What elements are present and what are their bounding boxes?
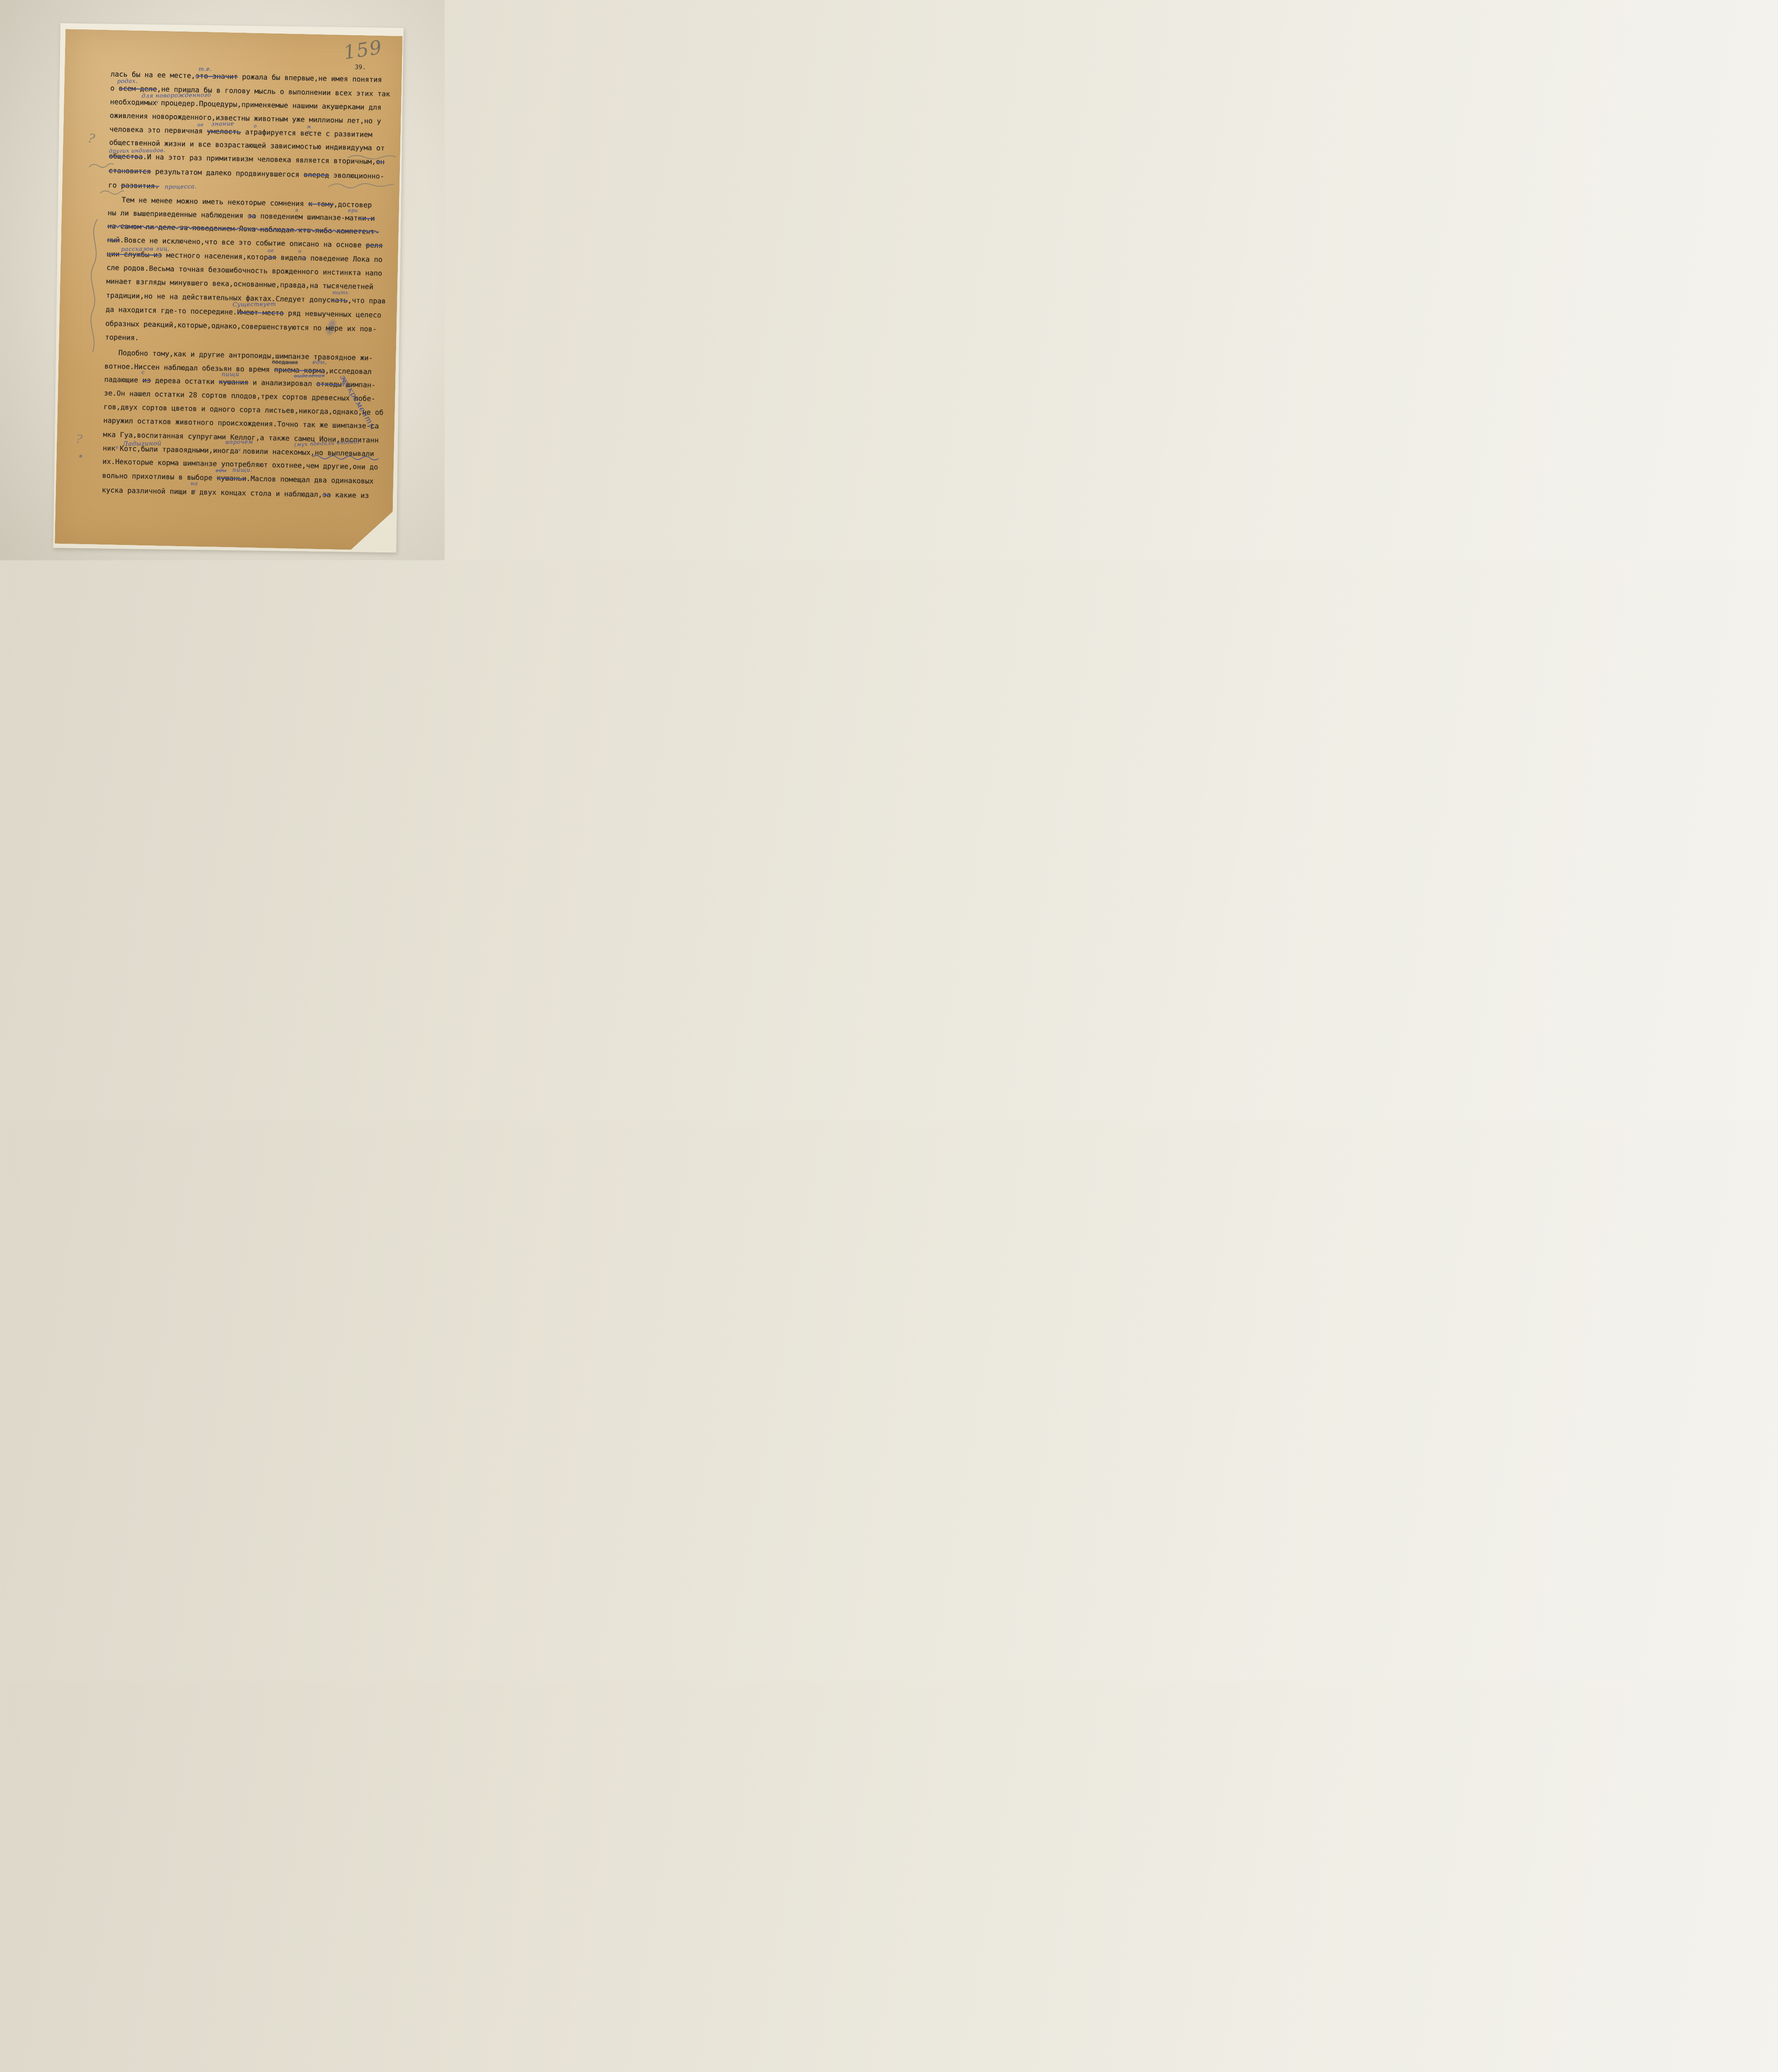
- struck-text: Имеют место: [237, 308, 284, 317]
- insertion-caret: ∨: [238, 446, 241, 454]
- handwritten-correction: пищи.: [232, 466, 252, 474]
- struck-text: отходы: [316, 380, 342, 389]
- typed-line: торения.: [105, 333, 139, 342]
- handwritten-correction: процесса.: [164, 182, 197, 191]
- typed-text: поведение Лока по: [306, 254, 382, 264]
- typed-line: общественной жизни и все возрастающей за…: [109, 138, 385, 152]
- hand-wavy-underline: [312, 455, 378, 461]
- margin-question-mark: ?: [75, 432, 83, 446]
- margin-letter-note: в: [79, 453, 82, 459]
- typed-line: го развития. процесса.: [108, 181, 159, 191]
- handwritten-correction: на: [191, 480, 198, 488]
- handwritten-correction: тить: [332, 288, 348, 297]
- typed-line: сле родов.Весьма точная безошибочность в…: [106, 264, 382, 278]
- struck-text: на самом ли деле за поведением Лока набл…: [107, 222, 379, 236]
- struck-text: кать: [331, 296, 348, 305]
- typed-text: оживления новорожденного,известны животн…: [109, 111, 381, 126]
- struck-text: развития.: [121, 182, 160, 191]
- typed-line: да находится где-то посередине.Имеют мес…: [106, 305, 382, 320]
- page-number-typed: 39.: [355, 63, 366, 71]
- typed-text: традиции,но не на действительных фактах.…: [106, 291, 331, 304]
- typed-line: Тем не менее можно иметь некоторые сомне…: [121, 196, 372, 210]
- typed-line: куска различной пищи в двух концах стола…: [102, 486, 369, 500]
- struck-text: становится: [109, 167, 151, 176]
- typed-line: вольно прихотливы в выборе кушаньи.Масло…: [102, 472, 373, 486]
- handwritten-correction: еды,: [312, 358, 327, 366]
- handwritten-correction: о: [254, 122, 257, 130]
- handwritten-correction: впрочем: [225, 438, 253, 447]
- typed-text: падающие: [104, 375, 143, 385]
- struck-text: к тому: [308, 200, 334, 208]
- typed-line: необходимых процедер.Процедуры,применяем…: [110, 98, 381, 112]
- handwritten-correction: для новорожденного: [142, 91, 211, 100]
- scanned-document-photo: { "colors":{"paper":"#cda468","typed_ink…: [0, 0, 445, 560]
- struck-text: умелость: [207, 127, 241, 136]
- handwritten-correction: знание: [211, 120, 234, 128]
- typed-line: падающие из дерева остатки кушания и ана…: [104, 375, 375, 390]
- typed-text: вольно прихотливы в выборе: [102, 472, 217, 482]
- handwritten-correction: ое: [197, 121, 204, 129]
- handwritten-parenthesis: (: [342, 378, 346, 387]
- insertion-caret: ∨: [115, 443, 119, 452]
- typed-text: .И на этот раз примитивизм человека явля…: [143, 153, 376, 166]
- margin-question-mark: ?: [87, 131, 96, 146]
- typed-line: оживления новорожденного,известны животн…: [109, 111, 381, 126]
- struck-text: за: [322, 491, 331, 499]
- struck-text: он: [376, 158, 385, 166]
- struck-text: кушания: [218, 378, 248, 387]
- typed-text: результатом далеко продвинувшегося: [151, 167, 304, 179]
- typed-text: поведением шимпанзе-мат: [256, 212, 358, 223]
- typed-text: ряд невыученных целесо: [283, 309, 381, 320]
- typed-text: двух концах стола и наблюдал,: [195, 488, 322, 499]
- handwritten-correction: с: [142, 368, 145, 377]
- struck-text: из: [142, 376, 151, 385]
- typed-text: человека это первичная: [109, 125, 207, 136]
- struck-text: общества: [109, 152, 143, 161]
- handwritten-correction: пищи: [221, 370, 239, 379]
- typed-text: наружил остатков животного происхождения…: [103, 416, 379, 431]
- typed-line: Подобно тому,как и другие антропоиды,шим…: [118, 349, 373, 363]
- typed-text: ны ли вышеприведенные наблюдения: [108, 209, 248, 220]
- typed-text: торения.: [105, 333, 139, 342]
- struck-text: ции службы из: [106, 250, 162, 259]
- typed-text: сле родов.Весьма точная безошибочность в…: [106, 264, 382, 278]
- typed-text: зе.Он нашел остатки 28 сортов плодов,тре…: [104, 389, 375, 403]
- typed-line: лась бы на ее месте,это значит рожала бы…: [111, 70, 382, 84]
- handwritten-correction: родах.: [117, 77, 138, 86]
- typed-text: .Маслов помещал два одинаковых: [246, 474, 373, 485]
- struck-text: ки.и: [358, 214, 375, 223]
- struck-text: а: [302, 254, 306, 262]
- typed-text: какие из: [331, 491, 369, 500]
- handwritten-correction-struck: еды: [216, 466, 227, 474]
- typed-line: ции службы из местного населения,которая…: [106, 250, 382, 264]
- typed-line: ны ли вышеприведенные наблюдения за пове…: [108, 209, 375, 223]
- typed-text: Подобно тому,как и другие антропоиды,шим…: [118, 349, 373, 363]
- struck-text: за: [247, 212, 256, 220]
- typed-text: местного населения,котор: [162, 251, 268, 261]
- struck-text: кушаньи: [217, 474, 247, 483]
- typed-line: человека это первичная умелость атрафиру…: [109, 125, 373, 139]
- typed-text: рожала бы впервые,не имея понятия: [238, 73, 382, 84]
- typed-text: Тем не менее можно иметь некоторые сомне…: [121, 196, 308, 208]
- typed-text: эволюционно-: [329, 171, 384, 181]
- handwritten-correction: м: [307, 122, 311, 131]
- typed-text: вотное.Ниссен наблюдал обезьян во время: [104, 362, 274, 374]
- handwritten-correction: ое: [268, 246, 274, 254]
- document-page: 159 39. ? ? в экскременты лась бы на ее …: [55, 29, 403, 551]
- typed-line: зе.Он нашел остатки 28 сортов плодов,тре…: [104, 389, 375, 403]
- struck-text: вперед: [303, 171, 329, 179]
- struck-text: ный: [107, 236, 120, 244]
- handwritten-correction: ери: [348, 206, 358, 214]
- typed-text: го: [108, 181, 121, 190]
- handwritten-correction-struck: выделения: [294, 371, 325, 380]
- typed-text: гов,двух сортов цветов и одного сорта ли…: [104, 403, 384, 417]
- typed-line: ник Котс,были травоядными,иногда ловили …: [103, 444, 374, 458]
- handwritten-correction: о: [298, 247, 302, 255]
- typed-line: наружил остатков животного происхождения…: [103, 416, 379, 431]
- typed-text: дерева остатки: [151, 377, 219, 386]
- typed-line: гов,двух сортов цветов и одного сорта ли…: [104, 403, 384, 417]
- typed-text: образных реакций,которые,однако,совершен…: [105, 320, 377, 334]
- pencil-squiggle: [327, 181, 394, 191]
- typed-text: куска различной пищи в: [102, 486, 195, 496]
- typed-interlinear-struck: поедания: [272, 358, 298, 367]
- typed-line: общества.И на этот раз примитивизм челов…: [109, 152, 385, 166]
- typed-line: образных реакций,которые,однако,совершен…: [105, 320, 377, 334]
- typed-text: ,исследовал: [325, 367, 372, 376]
- typed-text: да находится где-то посередине.: [106, 305, 237, 317]
- handwritten-correction: я: [295, 206, 299, 214]
- typed-text: и анализировал: [248, 378, 316, 388]
- typed-line: становится результатом далеко продвинувш…: [109, 167, 385, 181]
- handwritten-correction: т.е.: [198, 65, 212, 73]
- pencil-squiggle: [99, 190, 124, 196]
- typed-text: шимпан-: [341, 380, 375, 390]
- struck-text: реля: [365, 241, 382, 250]
- typed-line: на самом ли деле за поведением Лока набл…: [107, 222, 379, 236]
- typed-line: ный.Вовсе не исключено,что все это событ…: [107, 236, 383, 250]
- handwritten-correction: Существует: [232, 300, 276, 309]
- archival-page-number-handwritten: 159: [342, 36, 384, 64]
- typed-text: ,что прав: [348, 296, 386, 305]
